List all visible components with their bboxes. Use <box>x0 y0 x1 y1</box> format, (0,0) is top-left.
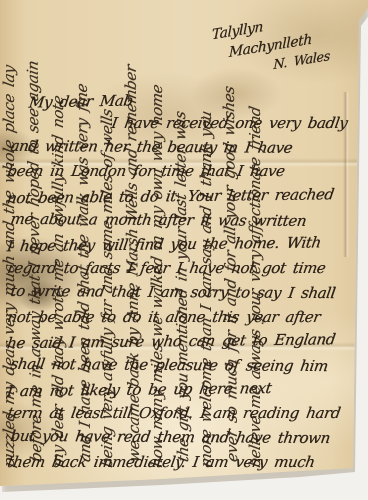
body-line: been in London for time that I have <box>5 162 365 186</box>
body-line: I hope they will find you the home. With <box>5 233 365 262</box>
body-line: not been able to do it. Your letter reac… <box>5 184 365 213</box>
body-line: I am not likely to be up here next <box>5 378 365 407</box>
body-line: not be able to do it alone this year aft… <box>5 308 365 332</box>
letter-paper: puzzled my dear very much and the whole … <box>0 0 368 500</box>
body-line: and written her the beauty in I have <box>8 137 364 164</box>
body-line: I have received one very badly <box>109 114 365 138</box>
body-line: but you have read them and have thrown <box>8 427 364 454</box>
body-line: regard to facts I fear I have not got ti… <box>5 259 365 283</box>
body-line: to write and that I am sorry to say I sh… <box>8 282 364 309</box>
salutation: My dear Mab <box>27 87 365 118</box>
body-line: shall not have the pleasure of seeing hi… <box>8 355 364 382</box>
letter-body: My dear Mab I have received one very bad… <box>7 90 363 477</box>
body-line: term at least till Oxford. I am reading … <box>5 404 365 428</box>
body-line: me about a month after it was written <box>8 210 364 237</box>
letter-photo: puzzled my dear very much and the whole … <box>0 0 368 500</box>
body-line: he said I am sure who can get to England <box>5 330 365 359</box>
